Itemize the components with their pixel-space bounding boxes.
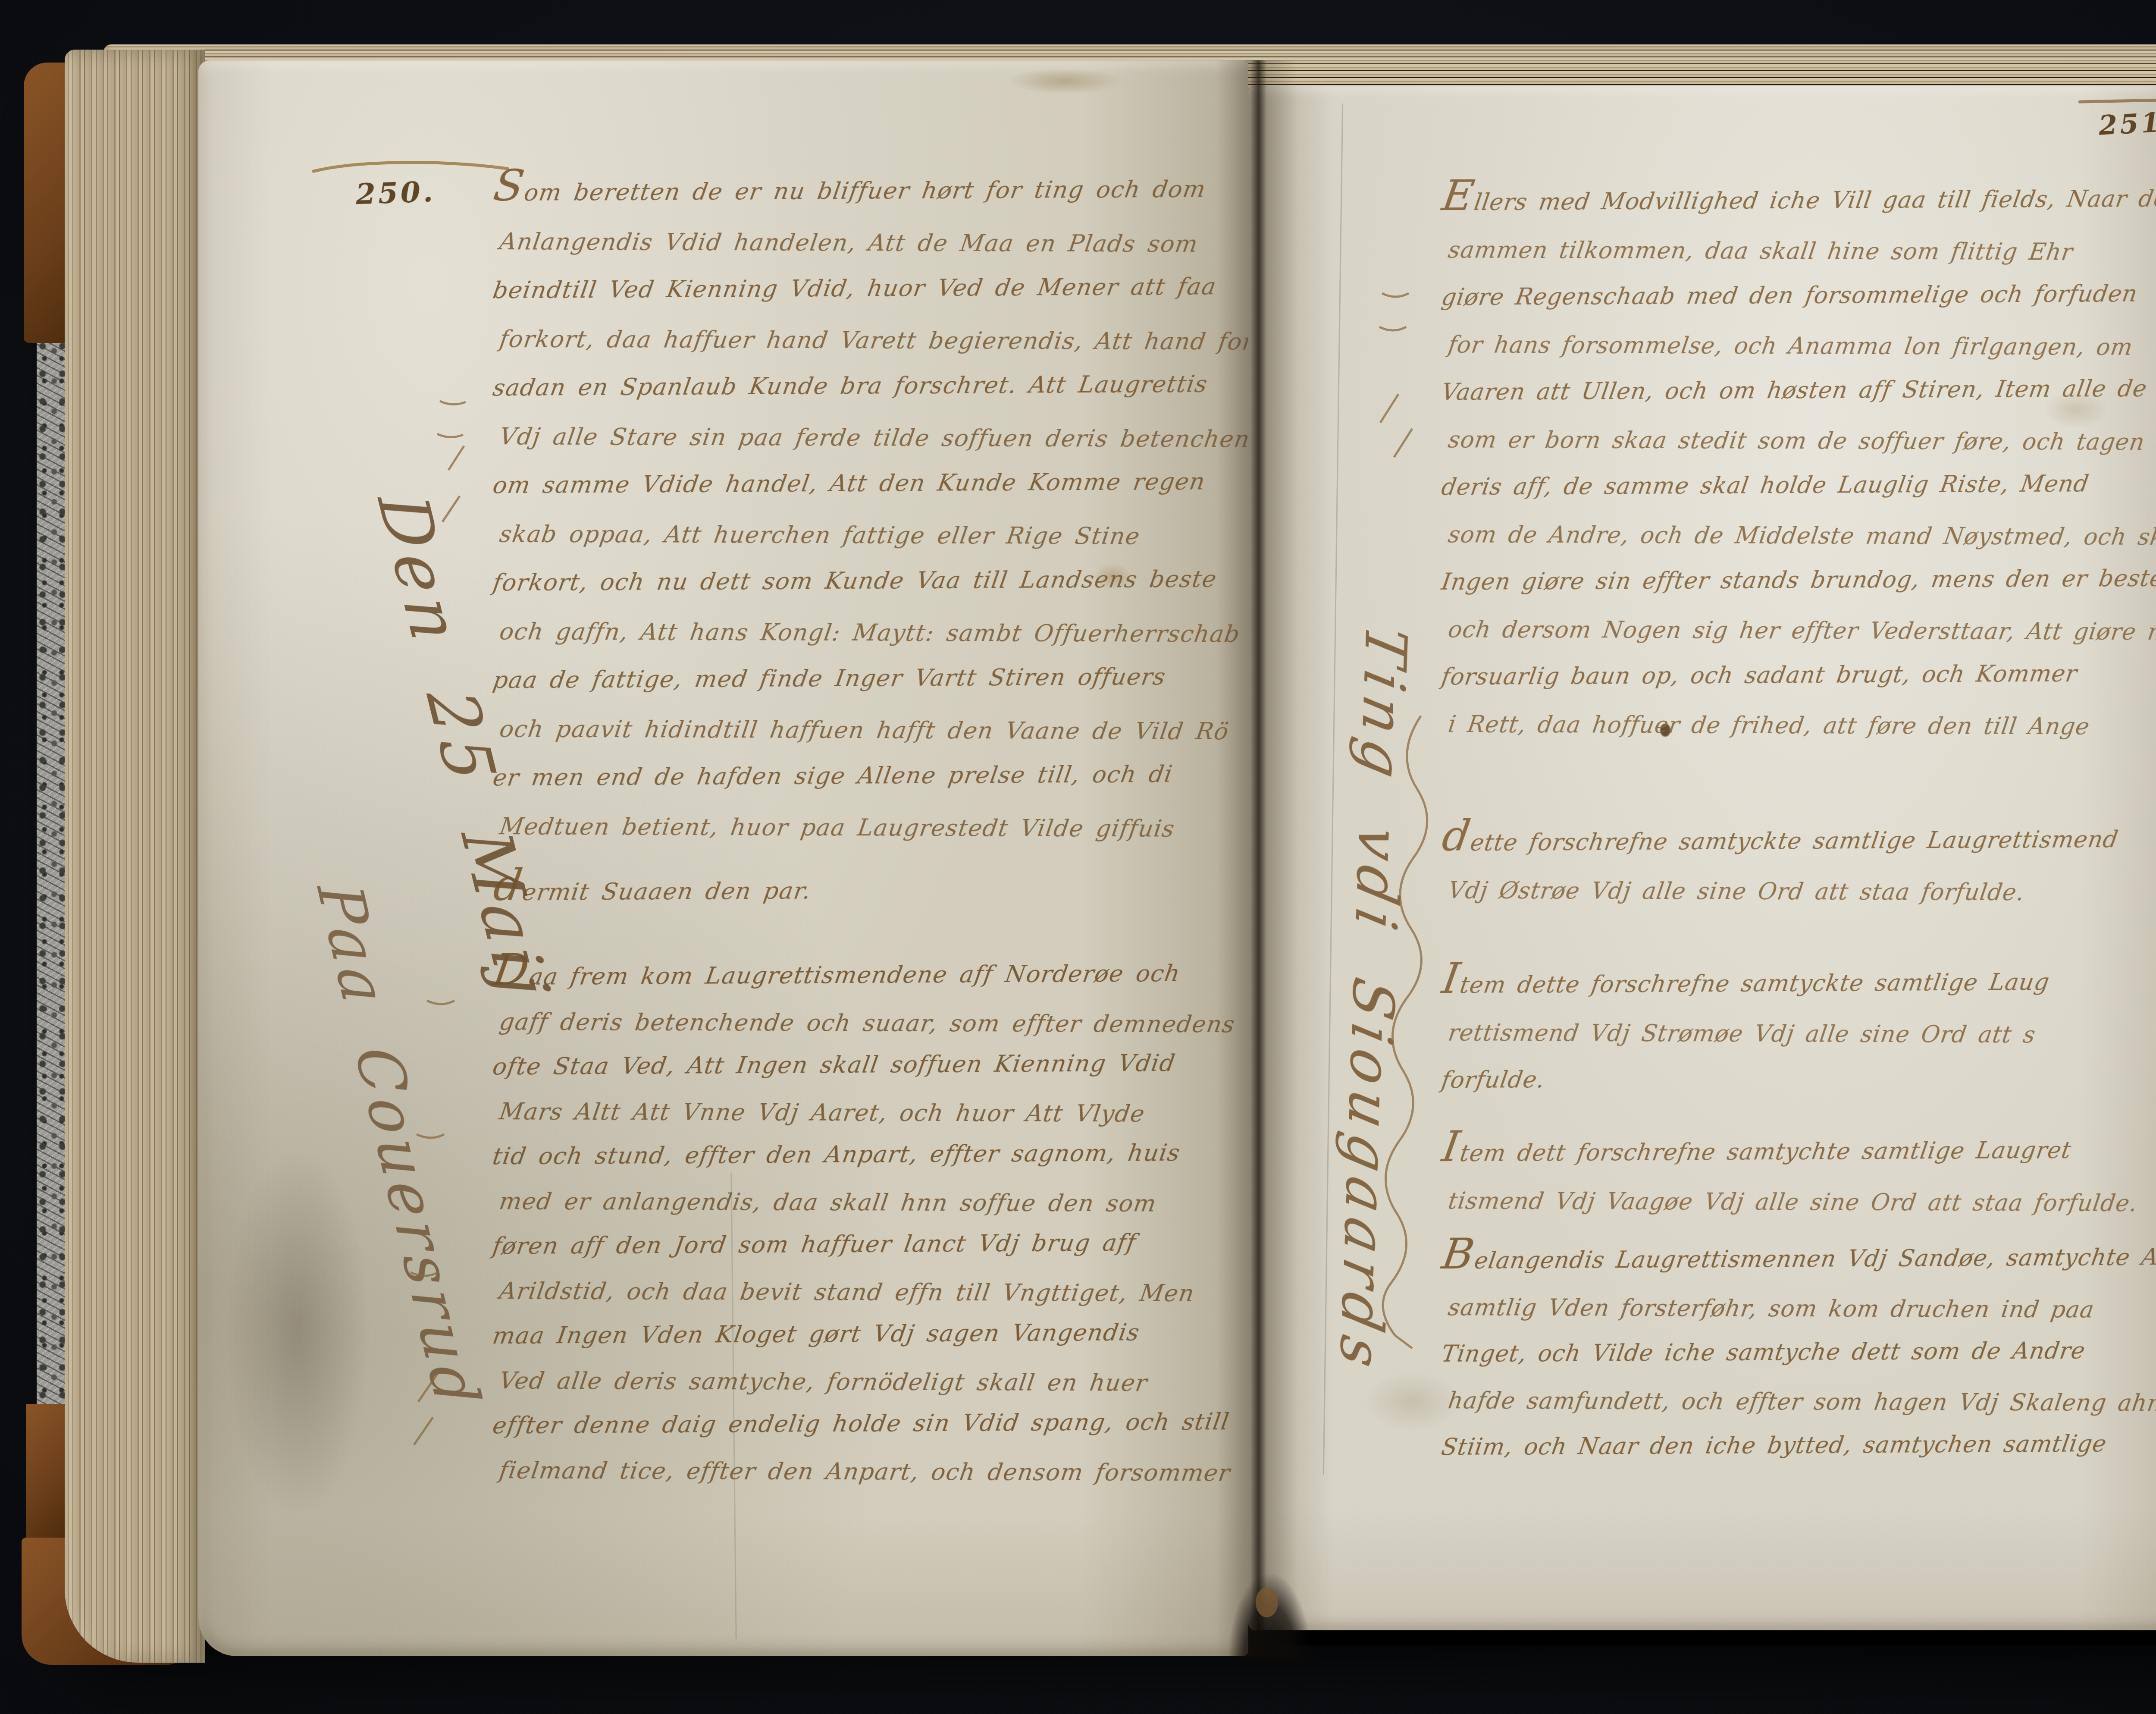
handwritten-line: dette forschrefne samtyckte samtlige Lau… (1438, 816, 2156, 867)
handwritten-line: dermit Suaaen den par. (489, 864, 1269, 917)
handwritten-line: fielmand tice, effter den Anpart, och de… (496, 1448, 1267, 1495)
handwritten-line: tismend Vdj Vaagøe Vdj alle sine Ord att… (1445, 1177, 2156, 1227)
handwritten-line: for hans forsommelse, och Anamma lon fir… (1445, 321, 2156, 371)
handwritten-line: forkort, och nu dett som Kunde Vaa till … (489, 554, 1269, 607)
handwritten-line: Vaaren att Ullen, och om høsten aff Stir… (1438, 365, 2156, 416)
ruled-ink-line (2078, 98, 2156, 103)
handwritten-line: Som beretten de er nu bliffuer hørt for … (489, 164, 1269, 217)
paragraph: Ellers med Modvillighed iche Vill gaa ti… (1438, 179, 2156, 748)
handwritten-line: som er born skaa stedit som de soffuer f… (1445, 416, 2156, 466)
paragraph: Som beretten de er nu bliffuer hørt for … (489, 168, 1261, 851)
handwritten-line: føren aff den Jord som haffuer lanct Vdj… (489, 1220, 1269, 1268)
handwritten-line: Anlangendis Vdid handelen, Att de Maa en… (496, 217, 1268, 268)
handwritten-line: forsuarlig baun op, och sadant brugt, oc… (1438, 650, 2156, 701)
handwritten-line: rettismend Vdj Strømøe Vdj alle sine Ord… (1445, 1009, 2156, 1059)
handwritten-line: Vdj Østrøe Vdj alle sine Ord att staa fo… (1445, 867, 2156, 917)
paragraph: dette forschrefne samtyckte samtlige Lau… (1438, 819, 2156, 914)
handwritten-line: gaff deris betenchende och suaar, som ef… (496, 999, 1267, 1047)
handwritten-line: Tinget, och Vilde iche samtyche dett som… (1438, 1327, 2156, 1378)
handwritten-line: Belangendis Laugrettismennen Vdj Sandøe,… (1438, 1234, 2156, 1284)
paragraph-closing-line: dermit Suaaen den par. (489, 868, 1261, 917)
manuscript-book: 250. Som beretten de er nu bliffuer hørt… (22, 41, 2156, 1676)
page-number-left: 250. (355, 175, 436, 211)
handwritten-line: och dersom Nogen sig her effter Vederstt… (1445, 606, 2156, 656)
handwritten-line: och gaffn, Att hans Kongl: Maytt: sambt … (496, 607, 1268, 658)
handwritten-line: sadan en Spanlaub Kunde bra forschret. A… (489, 359, 1269, 412)
handwritten-line: er men end de hafden sige Allene prelse … (489, 749, 1269, 802)
handwritten-line: beindtill Ved Kienning Vdid, huor Ved de… (489, 262, 1269, 314)
left-page-text-block: Som beretten de er nu bliffuer hørt for … (489, 168, 1261, 1493)
paragraph: Item dett forschrefne samtychte samtlige… (1438, 1130, 2156, 1225)
handwritten-line: skab oppaa, Att huerchen fattige eller R… (496, 509, 1268, 561)
handwritten-line: Mars Altt Att Vnne Vdj Aaret, och huor A… (496, 1089, 1267, 1136)
smudge-stain (224, 1147, 371, 1518)
right-page-text-block: Ellers med Modvillighed iche Vill gaa ti… (1438, 179, 2156, 1471)
handwritten-line: Stiim, och Naar den iche bytted, samtych… (1438, 1420, 2156, 1471)
handwritten-line: Arildstid, och daa bevit stand effn till… (496, 1268, 1267, 1316)
handwritten-line: ofte Staa Ved, Att Ingen skall soffuen K… (489, 1040, 1269, 1089)
paragraph: Daa frem kom Laugrettismendene aff Norde… (489, 954, 1261, 1493)
handwritten-line: om samme Vdide handel, Att den Kunde Kom… (489, 457, 1269, 509)
handwritten-line: med er anlangendis, daa skall hnn soffue… (496, 1179, 1267, 1226)
handwritten-line: deris aff, de samme skal holde Lauglig R… (1438, 460, 2156, 511)
handwritten-line: forfulde. (1438, 1053, 2156, 1104)
handwritten-line: Item dette forschrefne samtyckte samtlig… (1438, 958, 2156, 1009)
paragraph: Item dette forschrefne samtyckte samtlig… (1438, 962, 2156, 1104)
handwritten-line: hafde samfundett, och effter som hagen V… (1445, 1378, 2156, 1427)
handwritten-line: och paavit hidindtill haffuen hafft den … (496, 704, 1268, 756)
top-edge-stain (1009, 68, 1121, 94)
left-page: 250. Som beretten de er nu bliffuer hørt… (198, 60, 1248, 1656)
margin-squiggle-marks (1369, 280, 1429, 479)
handwritten-line: tid och stund, effter den Anpart, effter… (489, 1130, 1269, 1179)
photograph-stage: 250. Som beretten de er nu bliffuer hørt… (0, 0, 2156, 1714)
right-page: 251. Ellers med Modvillighed iche Vill g… (1248, 86, 2156, 1630)
handwritten-line: som de Andre, och de Middelste mand Nøys… (1445, 511, 2156, 561)
handwritten-line: paa de fattige, med finde Inger Vartt St… (489, 652, 1269, 704)
handwritten-line: effter denne daig endelig holde sin Vdid… (489, 1399, 1269, 1448)
handwritten-line: forkort, daa haffuer hand Varett begiere… (496, 314, 1268, 366)
handwritten-line: Medtuen betient, huor paa Laugrestedt Vi… (496, 802, 1268, 853)
handwritten-line: Vdj alle Stare sin paa ferde tilde soffu… (496, 412, 1268, 463)
margin-note-ting: Ting vdi Siougaards (1327, 620, 1419, 1380)
handwritten-line: Ved alle deris samtyche, fornödeligt ska… (496, 1358, 1267, 1406)
margin-note-place: Paa Couersrud (302, 882, 494, 1412)
handwritten-line: sammen tilkommen, daa skall hine som fli… (1445, 226, 2156, 276)
handwritten-line: Ingen giøre sin effter stands brundog, m… (1438, 555, 2156, 606)
handwritten-line: Daa frem kom Laugrettismendene aff Norde… (489, 951, 1269, 999)
page-number-right: 251. (2098, 106, 2156, 141)
gutter-bottom-leather-spot (1256, 1587, 1278, 1617)
paragraph: Belangendis Laugrettismennen Vdj Sandøe,… (1438, 1238, 2156, 1471)
handwritten-line: Item dett forschrefne samtychte samtlige… (1438, 1126, 2156, 1177)
handwritten-line: giøre Regenschaab med den forsommelige o… (1438, 270, 2156, 321)
page-stack-fore-edge-left (65, 50, 205, 1663)
handwritten-line: samtlig Vden forsterføhr, som kom druche… (1445, 1284, 2156, 1334)
handwritten-line: Ellers med Modvillighed iche Vill gaa ti… (1438, 175, 2156, 226)
handwritten-line: maa Ingen Vden Kloget gørt Vdj sagen Van… (489, 1309, 1269, 1358)
handwritten-line: i Rett, daa hoffuer de frihed, att føre … (1445, 701, 2156, 751)
